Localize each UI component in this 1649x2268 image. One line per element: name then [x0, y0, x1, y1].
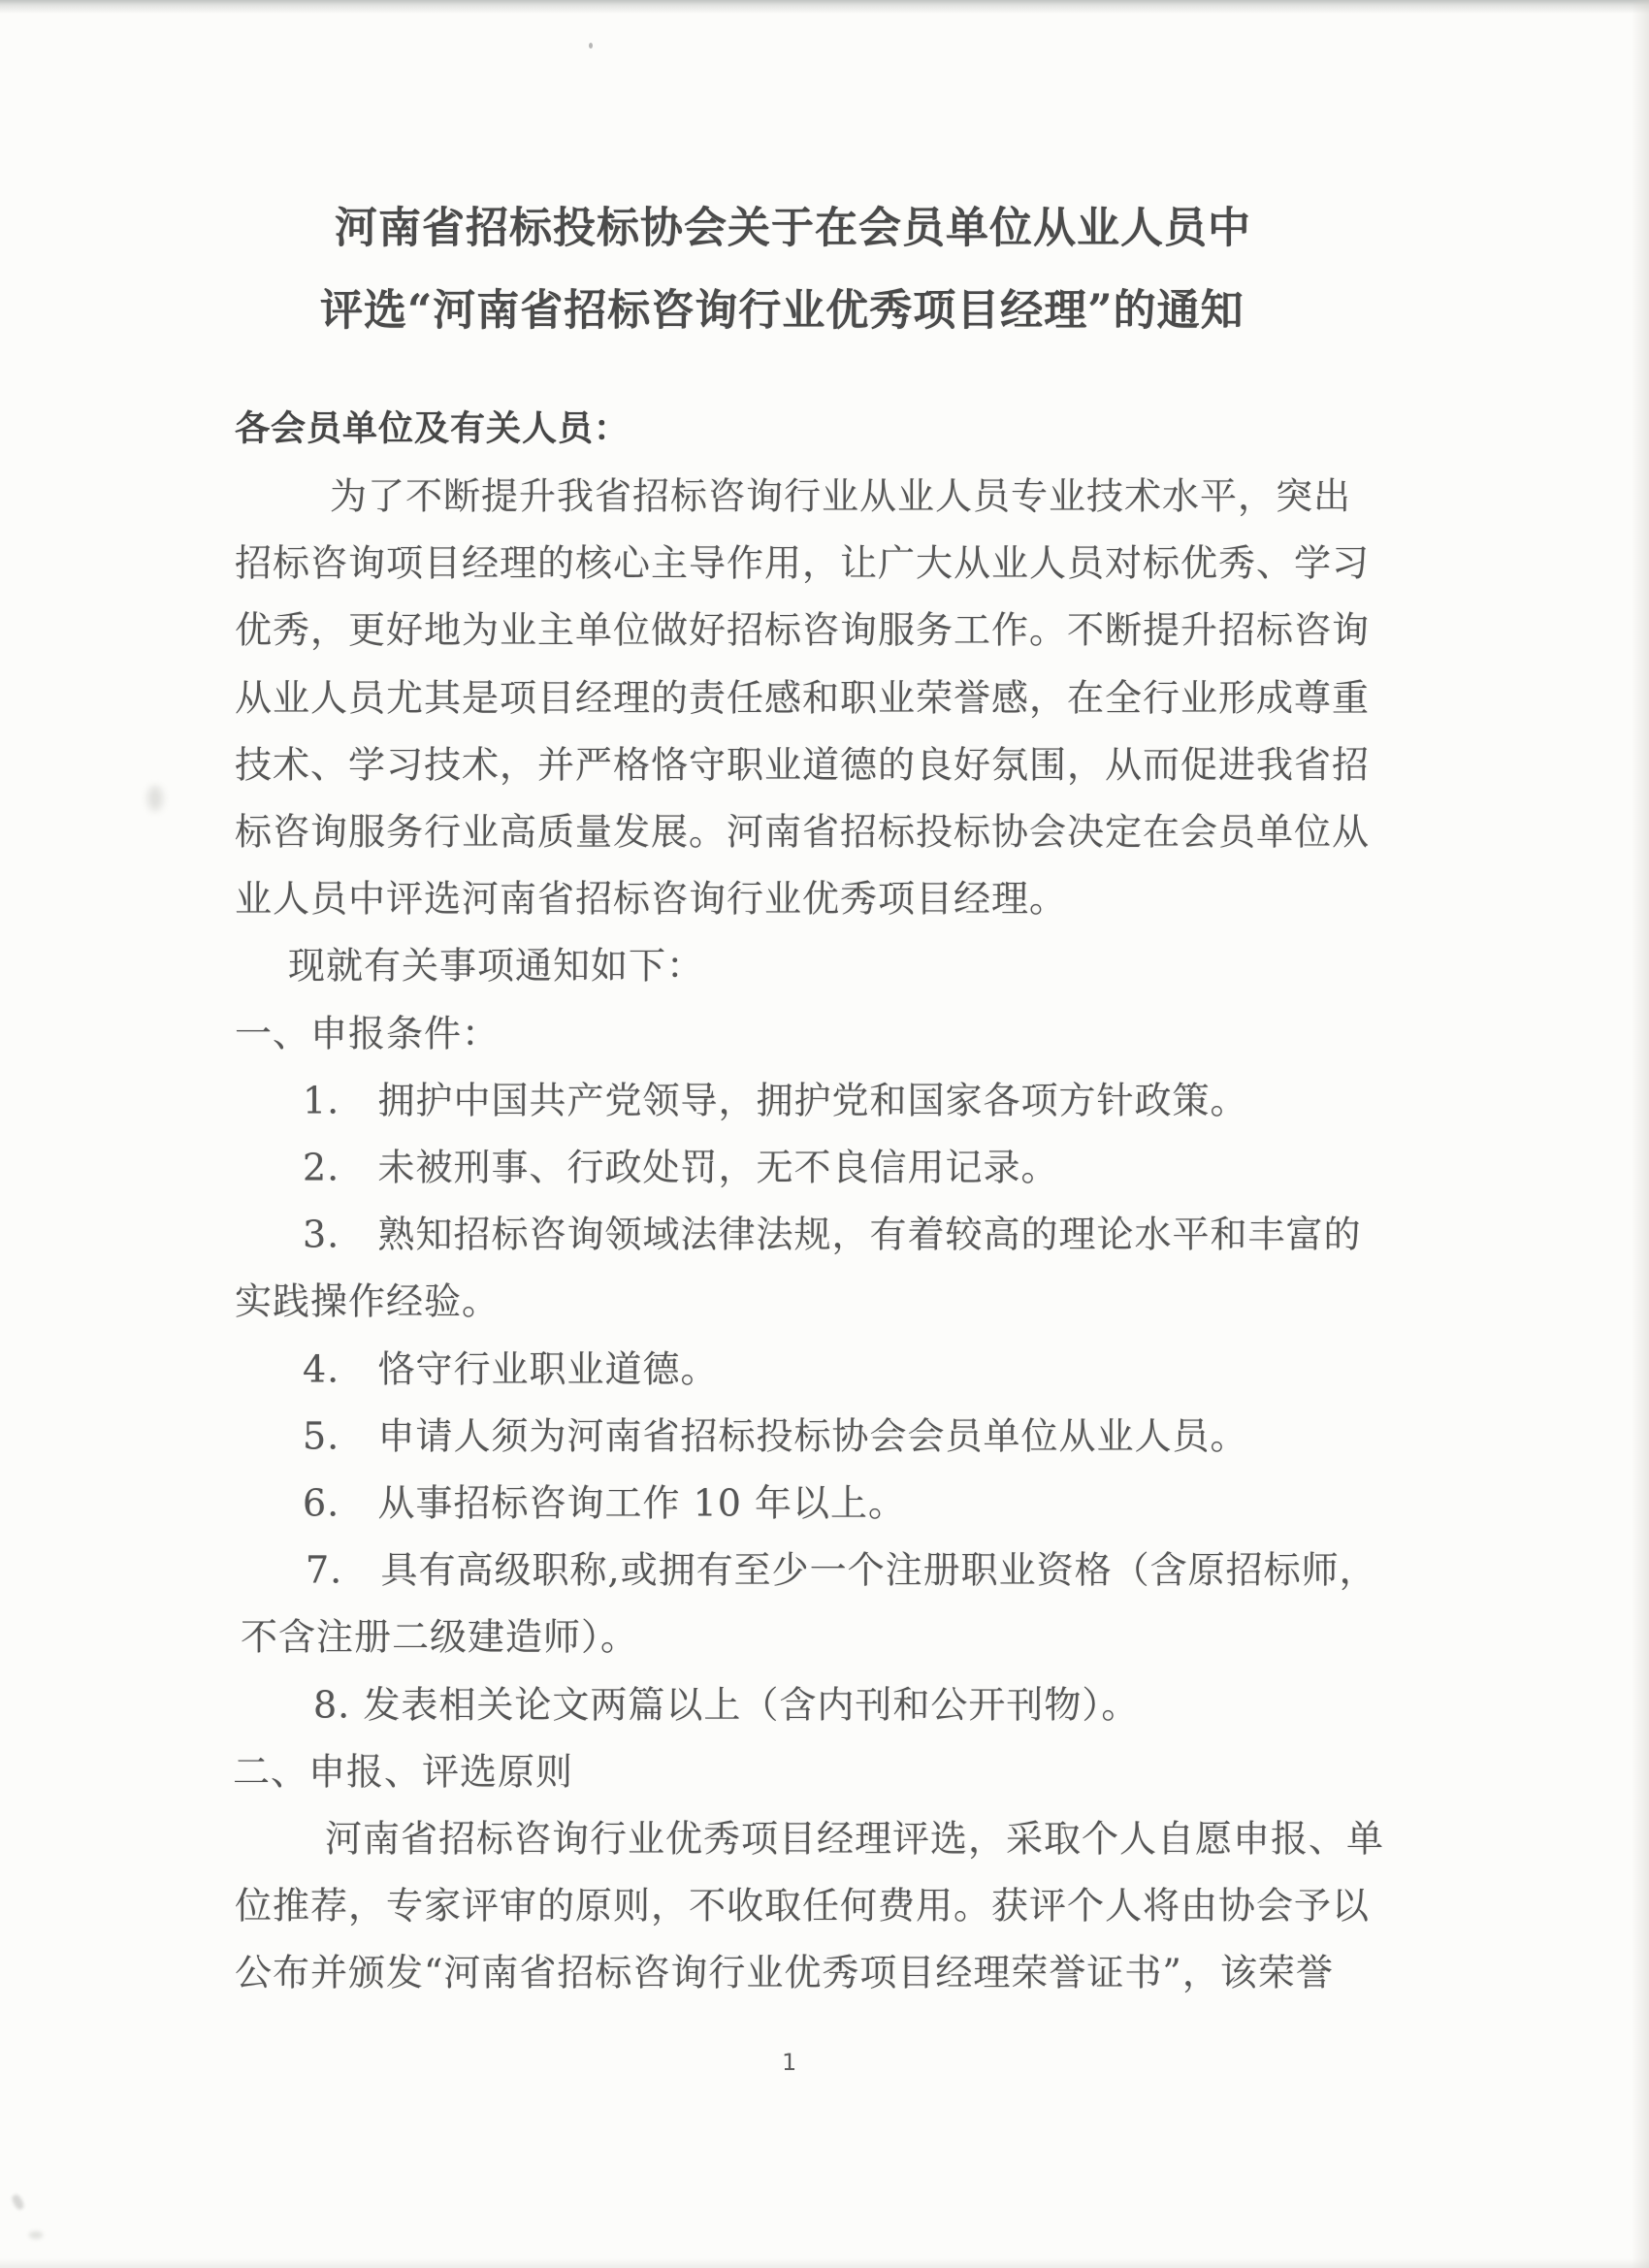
paragraph-3-line-3: 公布并颁发“河南省招标咨询行业优秀项目经理荣誉证书”，该荣誉 [235, 1942, 1334, 1995]
paragraph-2-line-1: 现就有关事项通知如下： [288, 935, 704, 988]
item-5: 5. 申请人须为河南省招标投标协会会员单位从业人员。 [303, 1406, 1248, 1459]
paragraph-3-line-1: 河南省招标咨询行业优秀项目经理评选，采取个人自愿申报、单 [325, 1808, 1384, 1862]
document-page: 河南省招标投标协会关于在会员单位从业人员中评选“河南省招标咨询行业优秀项目经理”… [0, 0, 1649, 2268]
salutation: 各会员单位及有关人员： [235, 401, 630, 450]
paragraph-1-line-4: 从业人员尤其是项目经理的责任感和职业荣誉感，在全行业形成尊重 [235, 667, 1370, 721]
page-number: 1 [782, 2049, 796, 2076]
paragraph-1-line-3: 优秀，更好地为业主单位做好招标咨询服务工作。不断提升招标咨询 [235, 599, 1370, 653]
item-6: 6. 从事招标咨询工作 10 年以上。 [303, 1473, 906, 1526]
paragraph-1-line-7: 业人员中评选河南省招标咨询行业优秀项目经理。 [235, 868, 1067, 922]
scan-top-edge-shadow [0, 0, 1649, 14]
scan-smudge [147, 786, 163, 811]
scan-speck [589, 43, 593, 49]
item-3-line-2: 实践操作经验。 [235, 1271, 500, 1324]
title-line-2: 评选“河南省招标咨询行业优秀项目经理”的通知 [320, 275, 1245, 337]
scan-right-edge-shadow [1632, 0, 1649, 2268]
scan-bottom-edge-shadow [0, 2258, 1649, 2268]
paragraph-1-line-2: 招标咨询项目经理的核心主导作用，让广大从业人员对标优秀、学习 [235, 533, 1370, 586]
item-4: 4. 恪守行业职业道德。 [303, 1339, 719, 1392]
item-3-line-1: 3. 熟知招标咨询领域法律法规，有着较高的理论水平和丰富的 [303, 1204, 1362, 1257]
item-7-line-1: 7. 具有高级职称,或拥有至少一个注册职业资格（含原招标师， [306, 1539, 1377, 1593]
paragraph-1-line-1: 为了不断提升我省招标咨询行业从业人员专业技术水平，突出 [330, 466, 1351, 519]
title-line-1: 河南省招标投标协会关于在会员单位从业人员中 [335, 192, 1251, 254]
scanned-notice-page: { "page": { "paper_color": "#fcfcfa", "t… [0, 0, 1649, 2268]
paragraph-3-line-2: 位推荐，专家评审的原则，不收取任何费用。获评个人将由协会予以 [235, 1875, 1370, 1928]
item-7-line-2: 不含注册二级建造师）。 [241, 1606, 638, 1660]
item-1: 1. 拥护中国共产党领导，拥护党和国家各项方针政策。 [303, 1070, 1248, 1123]
scan-mark-bottom-left-2 [29, 2231, 43, 2239]
section-1-heading: 一、申报条件： [235, 1003, 500, 1056]
paragraph-1-line-5: 技术、学习技术，并严格恪守职业道德的良好氛围，从而促进我省招 [235, 734, 1370, 788]
section-2-heading: 二、申报、评选原则 [233, 1741, 573, 1795]
paragraph-1-line-6: 标咨询服务行业高质量发展。河南省招标投标协会决定在会员单位从 [235, 801, 1370, 855]
item-8: 8. 发表相关论文两篇以上（含内刊和公开刊物）。 [313, 1674, 1139, 1728]
item-2: 2. 未被刑事、行政处罚，无不良信用记录。 [303, 1137, 1059, 1190]
